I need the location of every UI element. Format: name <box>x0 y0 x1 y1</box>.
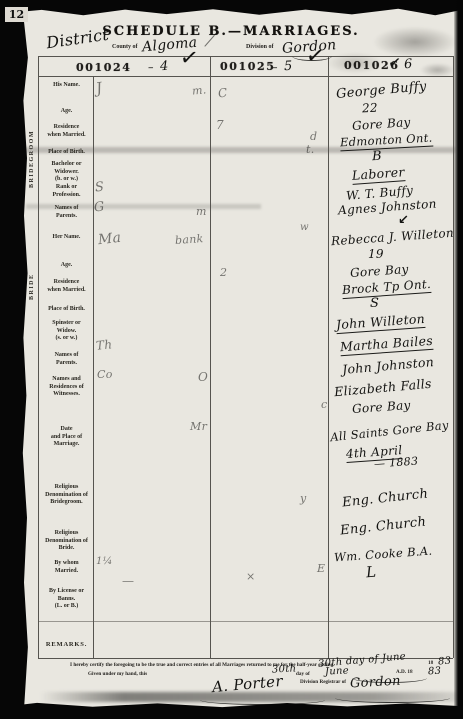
row-label: His Name. <box>40 82 93 90</box>
handwritten-entry: — 1883 <box>374 454 419 470</box>
row-label: REMARKS. <box>40 641 93 649</box>
handwritten-entry: Wm. Cooke B.A. <box>334 544 433 565</box>
handwritten-entry: George Buffy <box>336 79 428 102</box>
handwritten-certification-text: June <box>325 665 350 677</box>
handwritten-fragment: t. <box>306 143 315 156</box>
handwritten-record-number: – <box>148 61 154 74</box>
handwritten-fragment: bank <box>175 232 204 247</box>
table-rule <box>38 56 39 658</box>
row-label: Religious Denomination of Bride. <box>40 530 93 553</box>
handwritten-entry: Martha Bailes <box>340 333 434 356</box>
handwritten-entry: Gore Bay <box>350 262 409 280</box>
scan-edge-top <box>0 0 463 16</box>
handwritten-fragment: S <box>94 180 105 196</box>
handwritten-record-number: ✓ <box>387 52 403 73</box>
row-label: Names of Parents. <box>40 352 93 367</box>
handwritten-fragment: Th <box>95 337 113 352</box>
row-label: By License or Banns. (L. or B.) <box>40 588 93 611</box>
handwritten-entry: 19 <box>368 247 384 261</box>
handwritten-record-number: 4 <box>160 59 169 74</box>
handwritten-record-number: – <box>272 61 278 74</box>
handwritten-fragment: w <box>300 222 309 233</box>
handwritten-entry: Edmonton Ont. <box>340 131 433 152</box>
pen-flourish <box>335 693 450 703</box>
handwritten-text: District <box>45 25 110 53</box>
scan-edge-right <box>454 0 463 719</box>
handwritten-entry: Eng. Church <box>341 487 428 511</box>
row-label: Bachelor or Widower. (b. or w.) <box>40 161 93 184</box>
handwritten-entry: Gore Bay <box>352 115 411 133</box>
handwritten-fragment: × <box>246 570 256 583</box>
row-label: Residence when Married. <box>40 124 93 139</box>
handwritten-entry: John Willeton <box>336 311 426 334</box>
table-rule <box>328 56 329 658</box>
handwritten-fragment: Mr <box>190 420 207 433</box>
handwritten-fragment: C <box>217 85 228 100</box>
printed-label: Division of <box>246 44 274 50</box>
handwritten-entry: Rebecca J. Willeton <box>331 226 455 249</box>
printed-certification-text: Given under my hand, this <box>88 671 147 677</box>
section-label: BRIDE <box>29 248 35 326</box>
printed-label: 001024 <box>76 61 132 74</box>
handwritten-certification-text: A. Porter <box>211 672 283 696</box>
handwritten-entry: Elizabeth Falls <box>334 376 433 399</box>
handwritten-entry: Eng. Church <box>339 515 426 539</box>
table-rule <box>93 76 94 658</box>
pen-flourish <box>352 673 427 683</box>
row-label: Place of Birth. <box>40 306 93 314</box>
handwritten-entry: L <box>365 563 377 582</box>
handwritten-fragment: 1¼ <box>96 556 113 567</box>
scan-edge-left <box>0 0 30 719</box>
handwritten-entry: S <box>370 296 379 311</box>
table-rule <box>38 621 453 622</box>
handwritten-fragment: m <box>196 205 207 218</box>
row-label: Date and Place of Marriage. <box>40 426 93 449</box>
handwritten-fragment: O <box>198 370 208 384</box>
section-label: BRIDEGROOM <box>29 100 35 218</box>
row-label: Residence when Married. <box>40 279 93 294</box>
row-label: Age. <box>40 108 93 116</box>
handwritten-entry: John Johnston <box>342 354 435 377</box>
printed-label: 001025 <box>220 60 276 73</box>
handwritten-fragment: E <box>317 562 325 575</box>
handwritten-fragment: 7 <box>216 118 224 132</box>
row-label: By whom Married. <box>40 560 93 575</box>
handwritten-certification-text: 83 <box>428 666 442 678</box>
handwritten-fragment: G <box>93 199 105 215</box>
pen-flourish <box>200 695 325 705</box>
printed-label: County of <box>112 44 138 50</box>
row-label: Rank or Profession. <box>40 184 93 199</box>
handwritten-fragment: — <box>122 574 134 588</box>
handwritten-fragment: c <box>321 398 327 411</box>
document-scan: SCHEDULE B.—MARRIAGES. County ofDivision… <box>0 0 463 719</box>
handwritten-fragment: m. <box>191 83 207 97</box>
handwritten-record-number: 6 <box>404 57 413 72</box>
row-label: Names of Parents. <box>40 205 93 220</box>
handwritten-fragment: J <box>94 79 103 98</box>
handwritten-entry: B <box>372 149 383 164</box>
handwritten-fragment: Co <box>97 368 113 381</box>
row-label: Religious Denomination of Bridegroom. <box>40 484 93 507</box>
handwritten-entry: 22 <box>362 101 379 116</box>
printed-certification-text: Division Registrar of <box>300 679 346 685</box>
row-label: Names and Residences of Witnesses. <box>40 376 93 399</box>
schedule-title: SCHEDULE B.—MARRIAGES. <box>100 24 362 39</box>
scan-edge-bottom <box>0 702 463 719</box>
row-label: Place of Birth. <box>40 149 93 157</box>
handwritten-fragment: 2 <box>220 266 227 279</box>
table-rule <box>38 76 453 77</box>
handwritten-entry: All Saints Gore Bay <box>330 418 450 444</box>
row-label: Age. <box>40 262 93 270</box>
handwritten-fragment: y <box>300 492 307 505</box>
handwritten-record-number: ✓ <box>178 45 200 72</box>
handwritten-entry: Brock Tp Ont. <box>342 277 432 299</box>
table-rule <box>210 56 211 658</box>
printed-certification-text: day of <box>296 671 310 677</box>
pen-flourish <box>292 51 332 61</box>
handwritten-record-number: 5 <box>284 59 293 74</box>
handwritten-entry: Laborer <box>351 164 405 185</box>
handwritten-entry: Gore Bay <box>352 398 411 416</box>
row-label: Her Name. <box>40 234 93 242</box>
row-label: Spinster or Widow. (s. or w.) <box>40 320 93 343</box>
page-number: 12 <box>5 7 28 22</box>
handwritten-entry: ↙ <box>398 213 409 228</box>
handwritten-fragment: Ma <box>97 230 122 248</box>
handwritten-fragment: d <box>310 130 317 143</box>
